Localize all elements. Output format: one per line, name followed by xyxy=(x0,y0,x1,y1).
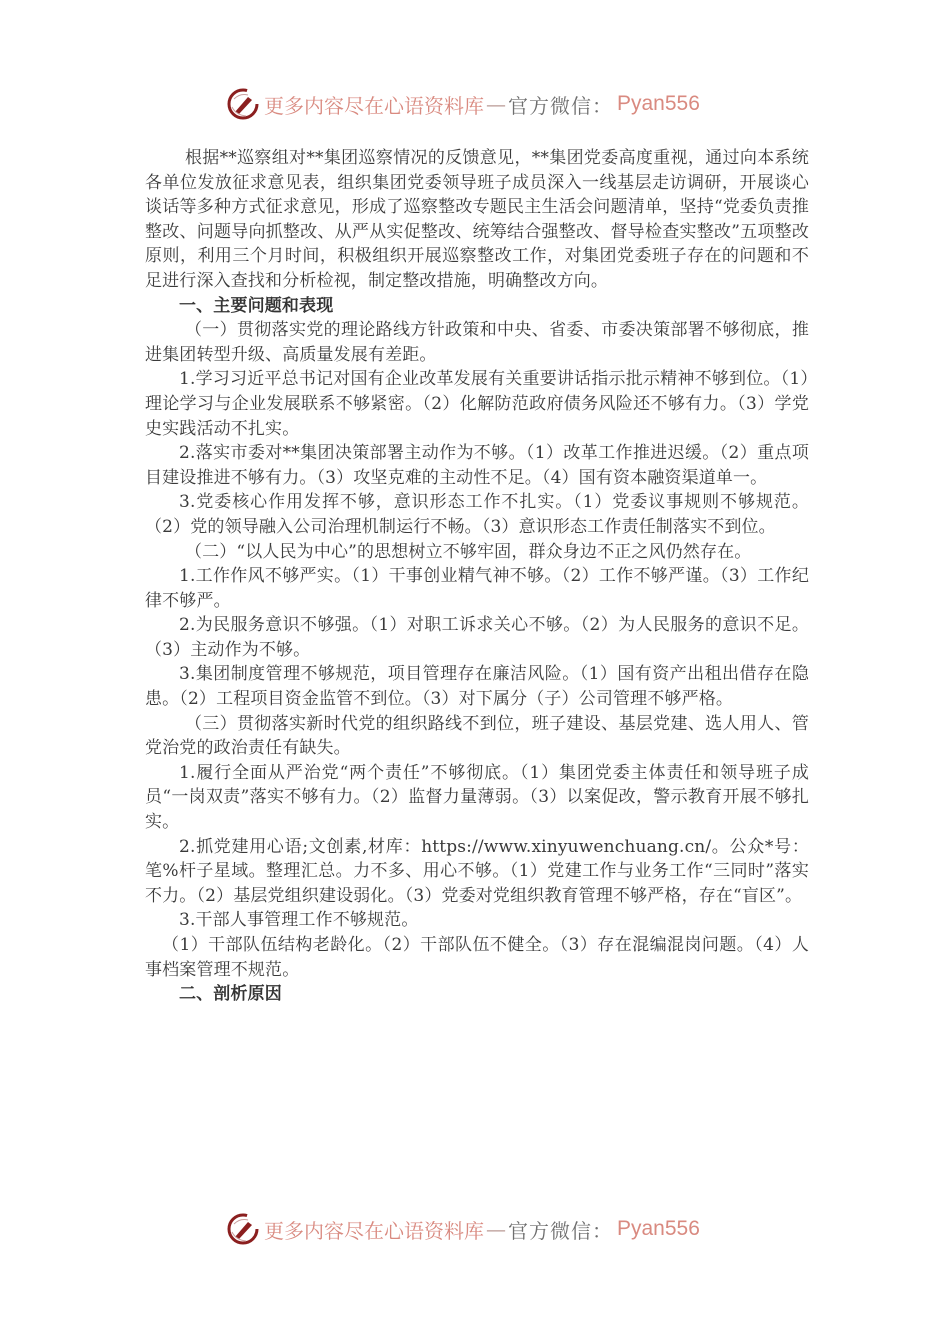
list-item: 1.履行全面从严治党“两个责任”不够彻底。（1）集团党委主体责任和领导班子成员“… xyxy=(145,761,809,835)
header-banner: 更多内容尽在心语资料库 — 官方微信： Pyan556 xyxy=(226,84,700,124)
footer-banner: 更多内容尽在心语资料库 — 官方微信： Pyan556 xyxy=(226,1209,700,1249)
section-heading-1: 一、主要问题和表现 xyxy=(145,294,809,319)
quill-pen-logo-icon xyxy=(226,1212,260,1246)
subsection-heading-1-2: （二）“以人民为中心”的思想树立不够牢固，群众身边不正之风仍然存在。 xyxy=(145,540,809,565)
subsection-heading-1-1: （一）贯彻落实党的理论路线方针政策和中央、省委、市委决策部署不够彻底，推进集团转… xyxy=(145,318,809,367)
banner-wechat-label: 官方微信： xyxy=(508,1215,613,1244)
subsection-heading-1-3: （三）贯彻落实新时代党的组织路线不到位，班子建设、基层党建、选人用人、管党治党的… xyxy=(145,712,809,761)
list-item: 3.集团制度管理不够规范，项目管理存在廉洁风险。（1）国有资产出租出借存在隐患。… xyxy=(145,662,809,711)
section-heading-2: 二、剖析原因 xyxy=(145,982,809,1007)
document-body: 根据**巡察组对**集团巡察情况的反馈意见，**集团党委高度重视，通过向本系统各… xyxy=(145,146,809,1007)
banner-dash: — xyxy=(486,1217,506,1241)
list-item: 2.为民服务意识不够强。（1）对职工诉求关心不够。（2）为人民服务的意识不足。（… xyxy=(145,613,809,662)
banner-slogan: 更多内容尽在心语资料库 xyxy=(264,1215,484,1244)
list-item: 3.党委核心作用发挥不够，意识形态工作不扎实。（1）党委议事规则不够规范。（2）… xyxy=(145,490,809,539)
list-item: 1.工作作风不够严实。（1）干事创业精气神不够。（2）工作不够严谨。（3）工作纪… xyxy=(145,564,809,613)
banner-slogan: 更多内容尽在心语资料库 xyxy=(264,90,484,119)
banner-wechat-id: Pyan556 xyxy=(617,92,700,116)
list-item: 1.学习习近平总书记对国有企业改革发展有关重要讲话指示批示精神不够到位。（1）理… xyxy=(145,367,809,441)
quill-pen-logo-icon xyxy=(226,87,260,121)
list-item: 2.抓党建用心语;文创素,材库：https://www.xinyuwenchua… xyxy=(145,835,809,909)
banner-wechat-label: 官方微信： xyxy=(508,90,613,119)
list-item: 2.落实市委对**集团决策部署主动作为不够。（1）改革工作推进迟缓。（2）重点项… xyxy=(145,441,809,490)
intro-paragraph: 根据**巡察组对**集团巡察情况的反馈意见，**集团党委高度重视，通过向本系统各… xyxy=(145,146,809,294)
banner-wechat-id: Pyan556 xyxy=(617,1217,700,1241)
banner-dash: — xyxy=(486,92,506,116)
list-item: 3.干部人事管理工作不够规范。 xyxy=(145,908,809,933)
list-item-detail: （1）干部队伍结构老龄化。（2）干部队伍不健全。（3）存在混编混岗问题。（4）人… xyxy=(145,933,809,982)
